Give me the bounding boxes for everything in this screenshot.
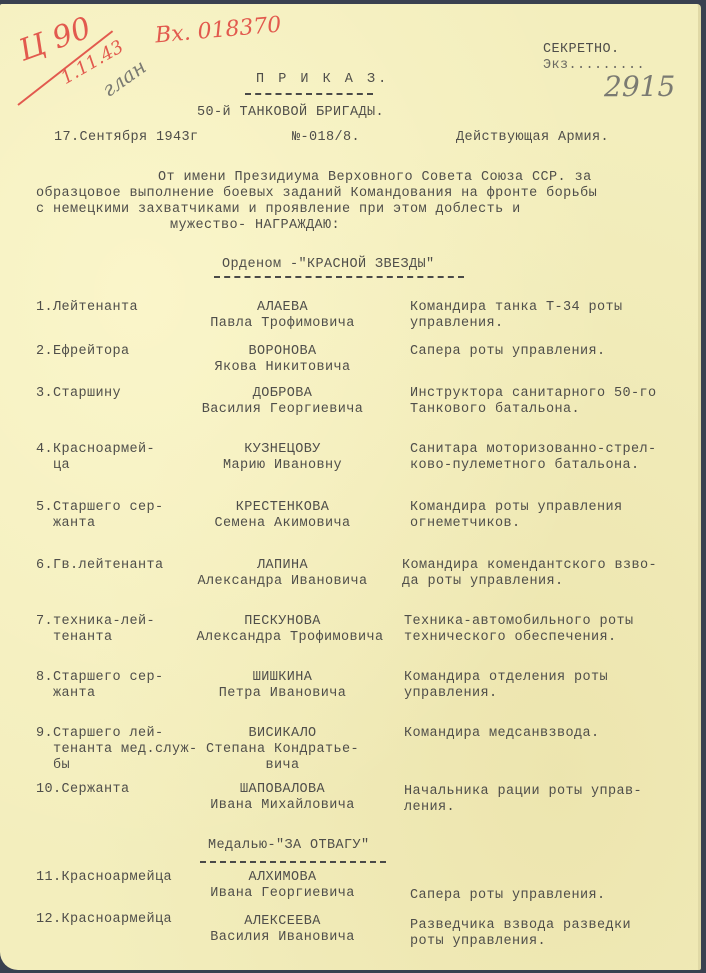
entry-duty: роты управления. xyxy=(410,934,546,949)
heading-underline xyxy=(200,861,386,863)
entry-duty: технического обеспечения. xyxy=(404,630,617,645)
entry-rank: жанта xyxy=(36,516,96,531)
copy-label: Экз......... xyxy=(543,58,645,73)
entry-given-name: Семена Акимовича xyxy=(175,516,390,531)
preamble-line: образцовое выполнение боевых заданий Ком… xyxy=(36,186,597,201)
entry-surname: ПЕСКУНОВА xyxy=(175,614,390,629)
entry-given-name: Павла Трофимовича xyxy=(175,316,390,331)
entry-given-name: Ивана Георгиевича xyxy=(175,886,390,901)
entry-surname: ШИШКИНА xyxy=(175,670,390,685)
entry-rank: 7.техника-лей- xyxy=(36,614,155,629)
award-heading-red-star: Орденом -"КРАСНОЙ ЗВЕЗДЫ" xyxy=(222,257,435,272)
entry-given-name: Василия Ивановича xyxy=(175,930,390,945)
entry-surname: ВИСИКАЛО xyxy=(175,726,390,741)
preamble-line: мужество- НАГРАЖДАЮ: xyxy=(170,218,340,233)
entry-duty: управления. xyxy=(404,686,498,701)
entry-duty: Разведчика взвода разведки xyxy=(410,918,631,933)
entry-duty: да роты управления. xyxy=(402,574,564,589)
entry-duty: Командира отделения роты xyxy=(404,670,608,685)
entry-surname: КРЕСТЕНКОВА xyxy=(175,500,390,515)
entry-given-name: Петра Ивановича xyxy=(175,686,390,701)
entry-rank: жанта xyxy=(36,686,96,701)
entry-given-name: Марию Ивановну xyxy=(175,458,390,473)
heading-underline xyxy=(214,276,464,278)
entry-surname: ВОРОНОВА xyxy=(175,344,390,359)
order-date: 17.Сентября 1943г xyxy=(54,130,199,145)
entry-given-name: Ивана Михайловича xyxy=(175,798,390,813)
handwritten-grey-number: 2915 xyxy=(604,70,675,103)
entry-surname: ДОБРОВА xyxy=(175,386,390,401)
entry-surname: КУЗНЕЦОВУ xyxy=(175,442,390,457)
entry-rank: 12.Красноармейца xyxy=(36,912,172,927)
title-underline xyxy=(245,93,373,95)
document-subtitle: 50-й ТАНКОВОЙ БРИГАДЫ. xyxy=(197,105,384,120)
order-number: №-018/8. xyxy=(292,130,360,145)
entry-surname: ШАПОВАЛОВА xyxy=(175,782,390,797)
entry-duty: Сапера роты управления. xyxy=(410,344,606,359)
award-heading-for-courage: Медалью-"ЗА ОТВАГУ" xyxy=(208,838,370,853)
entry-duty: Сапера роты управления. xyxy=(410,888,606,903)
document-title: П Р И К А З. xyxy=(256,72,389,87)
entry-rank: 4.Красноармей- xyxy=(36,442,155,457)
entry-rank: 6.Гв.лейтенанта xyxy=(36,558,164,573)
entry-rank: 11.Красноармейца xyxy=(36,870,172,885)
entry-rank: 3.Старшину xyxy=(36,386,121,401)
entry-surname: АЛЕКСЕЕВА xyxy=(175,914,390,929)
entry-surname: АЛАЕВА xyxy=(175,300,390,315)
entry-duty: Санитара моторизованно-стрел- xyxy=(410,442,657,457)
entry-rank: тенанта мед.служ- xyxy=(36,742,198,757)
entry-duty: ково-пулеметного батальона. xyxy=(410,458,640,473)
entry-rank: 1.Лейтенанта xyxy=(36,300,138,315)
document-page: Ц 90 1.11.43 Вх. 018370 глан 2915 СЕКРЕТ… xyxy=(0,4,701,970)
entry-duty: Техника-автомобильного роты xyxy=(404,614,634,629)
entry-rank: ца xyxy=(36,458,70,473)
entry-given-name: Степана Кондратье- xyxy=(175,742,390,757)
entry-duty: управления. xyxy=(410,316,504,331)
entry-duty: Командира комендантского взво- xyxy=(402,558,657,573)
entry-duty: Начальника рации роты управ- xyxy=(404,784,642,799)
order-location: Действующая Армия. xyxy=(456,130,609,145)
entry-rank: бы xyxy=(36,758,70,773)
preamble-line: От имени Президиума Верховного Совета Со… xyxy=(158,170,592,185)
entry-given-name: Якова Никитовича xyxy=(175,360,390,375)
entry-surname: ЛАПИНА xyxy=(175,558,390,573)
entry-surname: АЛХИМОВА xyxy=(175,870,390,885)
entry-duty: Командира роты управления xyxy=(410,500,623,515)
entry-given-name: Александра Трофимовича xyxy=(180,630,400,645)
entry-rank: 2.Ефрейтора xyxy=(36,344,130,359)
handwritten-red-incoming-number: Вх. 018370 xyxy=(154,13,282,49)
secrecy-label: СЕКРЕТНО. xyxy=(543,42,620,57)
entry-given-name: Александра Ивановича xyxy=(175,574,390,589)
entry-rank: тенанта xyxy=(36,630,113,645)
entry-rank: 8.Старшего сер- xyxy=(36,670,164,685)
entry-rank: 5.Старшего сер- xyxy=(36,500,164,515)
preamble-line: с немецкими захватчиками и проявление пр… xyxy=(36,202,521,217)
entry-rank: 10.Сержанта xyxy=(36,782,130,797)
entry-duty: Командира танка Т-34 роты xyxy=(410,300,623,315)
entry-given-name: Василия Георгиевича xyxy=(175,402,390,417)
entry-duty: огнеметчиков. xyxy=(410,516,521,531)
entry-given-name: вича xyxy=(175,758,390,773)
entry-rank: 9.Старшего лей- xyxy=(36,726,164,741)
entry-duty: Инструктора санитарного 50-го xyxy=(410,386,657,401)
entry-duty: Командира медсанвзвода. xyxy=(404,726,600,741)
entry-duty: ления. xyxy=(404,800,455,815)
entry-duty: Танкового батальона. xyxy=(410,402,580,417)
